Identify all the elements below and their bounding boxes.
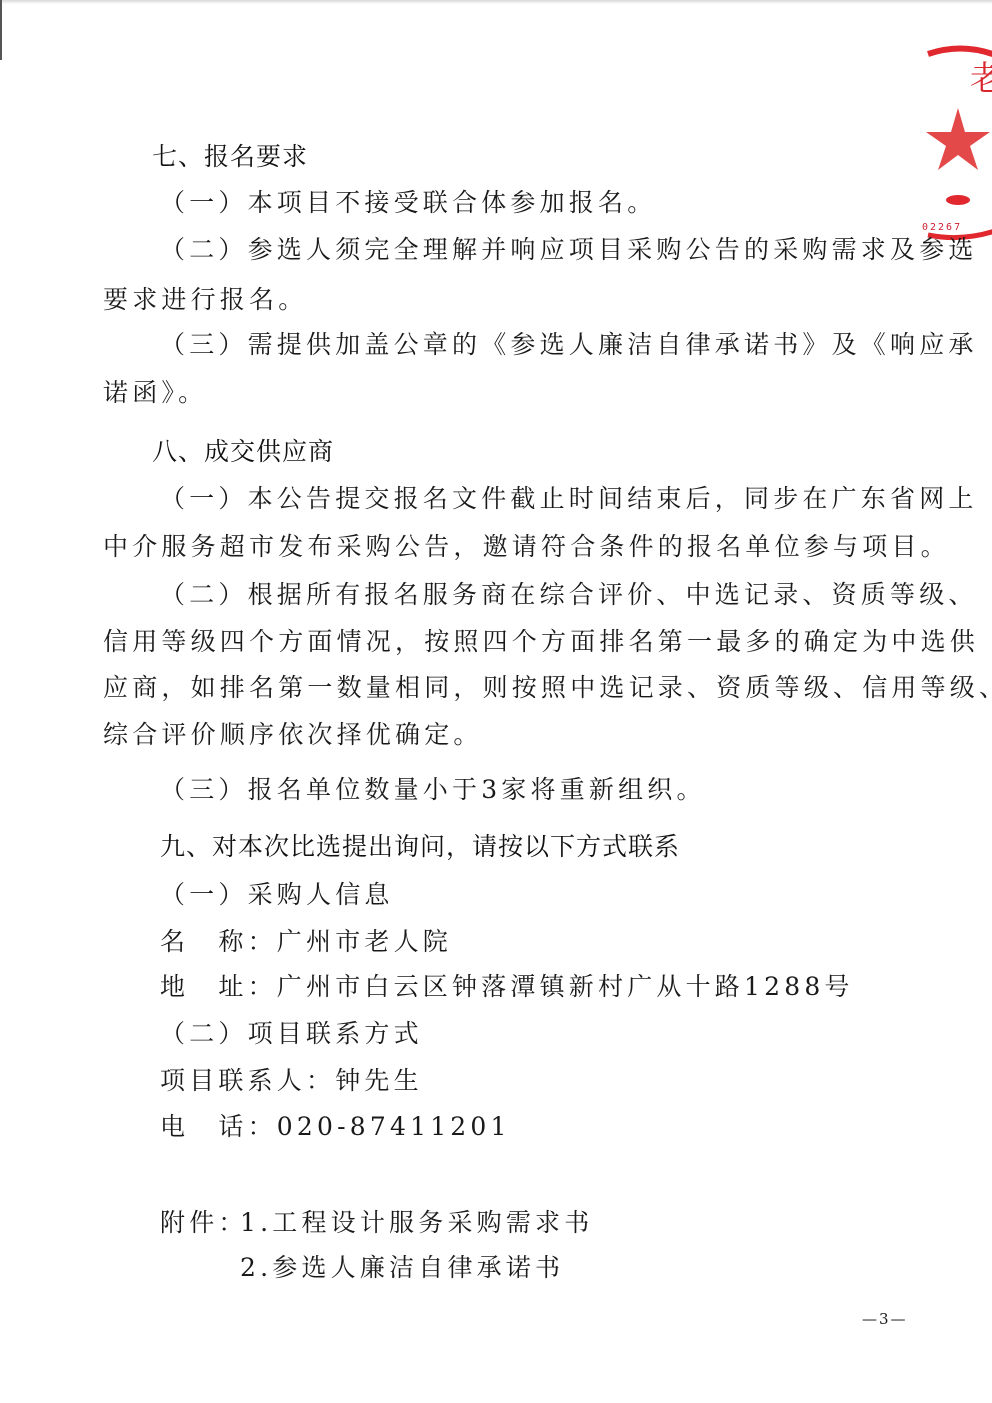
scan-edge — [0, 0, 992, 4]
contact-person: 项目联系人：钟先生 — [160, 1066, 423, 1096]
subheading-contact: （二）项目联系方式 — [160, 1019, 423, 1049]
buyer-address: 地 址：广州市白云区钟落潭镇新村广从十路1288号 — [160, 972, 854, 1002]
paragraph-cont: 诺函》。 — [103, 378, 207, 408]
paragraph: （二）根据所有报名服务商在综合评价、中选记录、资质等级、 — [160, 580, 978, 610]
paragraph-cont: 应商，如排名第一数量相同，则按照中选记录、资质等级、信用等级、 — [103, 673, 992, 703]
paragraph: （三）报名单位数量小于3家将重新组织。 — [160, 775, 706, 805]
paragraph-cont: 要求进行报名。 — [103, 285, 307, 315]
paragraph: （二）参选人须完全理解并响应项目采购公告的采购需求及参选 — [160, 235, 978, 265]
page-number: —3— — [862, 1310, 908, 1328]
scan-edge-left — [0, 0, 2, 60]
paragraph-cont: 综合评价顺序依次择优确定。 — [103, 720, 483, 750]
svg-text:02267: 02267 — [922, 222, 962, 233]
paragraph: （一）本项目不接受联合体参加报名。 — [160, 188, 656, 218]
document-page: 老 02267 七、报名要求 （一）本项目不接受联合体参加报名。 （二）参选人须… — [0, 0, 992, 1403]
paragraph: （一）本公告提交报名文件截止时间结束后，同步在广东省网上 — [160, 484, 978, 514]
official-seal-icon: 老 02267 — [918, 30, 992, 260]
attachments-label: 附件： — [160, 1208, 248, 1238]
section-7-title: 七、报名要求 — [152, 142, 308, 172]
paragraph-cont: 中介服务超市发布采购公告，邀请符合条件的报名单位参与项目。 — [103, 532, 950, 562]
section-9-title: 九、对本次比选提出询问，请按以下方式联系 — [160, 832, 680, 862]
section-8-title: 八、成交供应商 — [152, 437, 334, 467]
attachment-item: 1.工程设计服务采购需求书 — [240, 1208, 593, 1238]
buyer-name: 名 称：广州市老人院 — [160, 927, 452, 957]
paragraph-cont: 信用等级四个方面情况，按照四个方面排名第一最多的确定为中选供 — [103, 627, 979, 657]
attachment-item: 2.参选人廉洁自律承诺书 — [240, 1253, 564, 1283]
subheading-buyer-info: （一）采购人信息 — [160, 880, 394, 910]
contact-phone: 电 话：020-87411201 — [160, 1112, 511, 1142]
paragraph: （三）需提供加盖公章的《参选人廉洁自律承诺书》及《响应承 — [160, 330, 978, 360]
svg-text:老: 老 — [970, 59, 992, 99]
